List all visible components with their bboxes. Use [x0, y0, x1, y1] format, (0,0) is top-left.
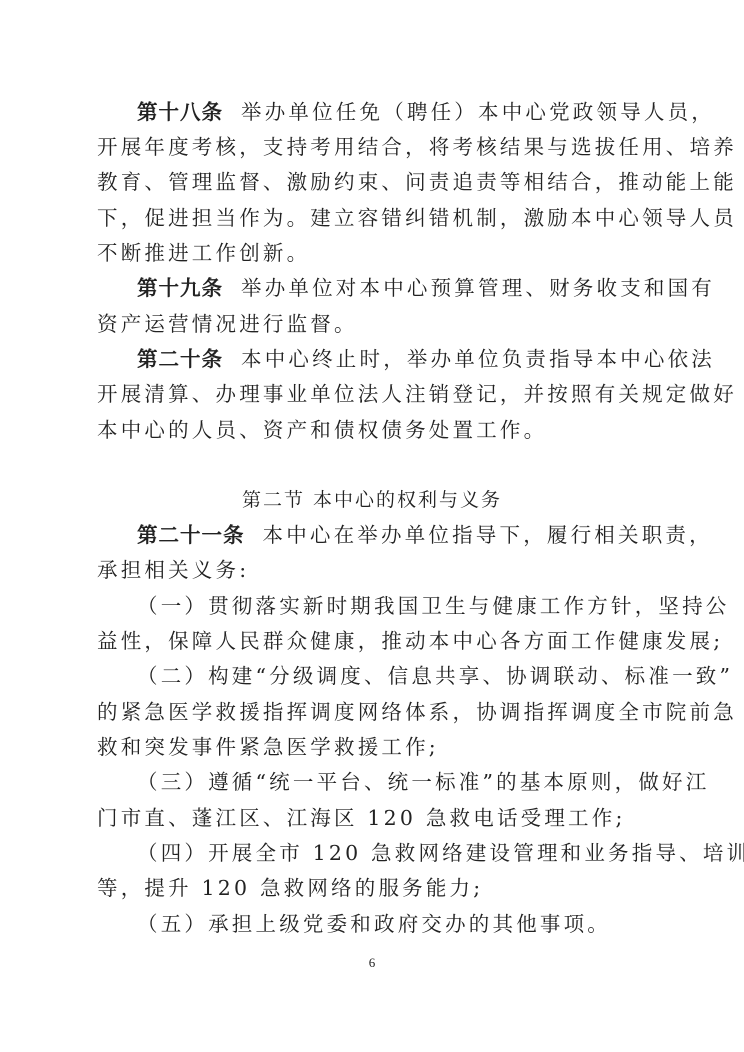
article-21-line-2: 承担相关义务:: [97, 557, 657, 583]
item-1-line-1: （一）贯彻落实新时期我国卫生与健康工作方针，坚持公: [137, 593, 697, 619]
article-18-line-1: 第十八条举办单位任免（聘任）本中心党政领导人员，: [137, 99, 697, 125]
article-20-line-1: 第二十条本中心终止时，举办单位负责指导本中心依法: [137, 346, 697, 372]
item-2-line-2: 的紧急医学救援指挥调度网络体系，协调指挥调度全市院前急: [97, 699, 657, 725]
article-19-line-1: 第十九条举办单位对本中心预算管理、财务收支和国有: [137, 275, 697, 301]
item-5-line-1: （五）承担上级党委和政府交办的其他事项。: [137, 911, 697, 937]
article-21-label: 第二十一条: [137, 523, 245, 547]
item-3-line-1: （三）遵循“统一平台、统一标准”的基本原则，做好江: [137, 769, 697, 795]
article-20-line-3: 本中心的人员、资产和债权债务处置工作。: [97, 417, 657, 443]
item-3-line-2: 门市直、蓬江区、江海区 120 急救电话受理工作;: [97, 805, 657, 831]
item-2-line-1: （二）构建“分级调度、信息共享、协调联动、标准一致”: [137, 663, 697, 689]
page-number: 6: [0, 955, 744, 971]
article-21-line-1: 第二十一条本中心在举办单位指导下，履行相关职责，: [137, 522, 697, 548]
item-4-line-1: （四）开展全市 120 急救网络建设管理和业务指导、培训: [137, 840, 697, 866]
item-2-line-3: 救和突发事件紧急医学救援工作;: [97, 734, 657, 760]
section-heading: 第二节 本中心的权利与义务: [0, 487, 744, 513]
article-18-line-3: 教育、管理监督、激励约束、问责追责等相结合，推动能上能: [97, 169, 657, 195]
article-20-label: 第二十条: [137, 347, 223, 371]
item-1-line-2: 益性，保障人民群众健康，推动本中心各方面工作健康发展;: [97, 628, 657, 654]
article-18-label: 第十八条: [137, 100, 223, 124]
article-19-line-2: 资产运营情况进行监督。: [97, 311, 657, 337]
article-19-label: 第十九条: [137, 276, 223, 300]
item-4-line-2: 等，提升 120 急救网络的服务能力;: [97, 875, 657, 901]
article-18-line-5: 不断推进工作创新。: [97, 240, 657, 266]
article-18-line-2: 开展年度考核，支持考用结合，将考核结果与选拔任用、培养: [97, 134, 657, 160]
document-page: 第十八条举办单位任免（聘任）本中心党政领导人员， 开展年度考核，支持考用结合，将…: [0, 0, 744, 1052]
article-20-line-2: 开展清算、办理事业单位法人注销登记，并按照有关规定做好: [97, 381, 657, 407]
article-18-line-4: 下，促进担当作为。建立容错纠错机制，激励本中心领导人员: [97, 205, 657, 231]
